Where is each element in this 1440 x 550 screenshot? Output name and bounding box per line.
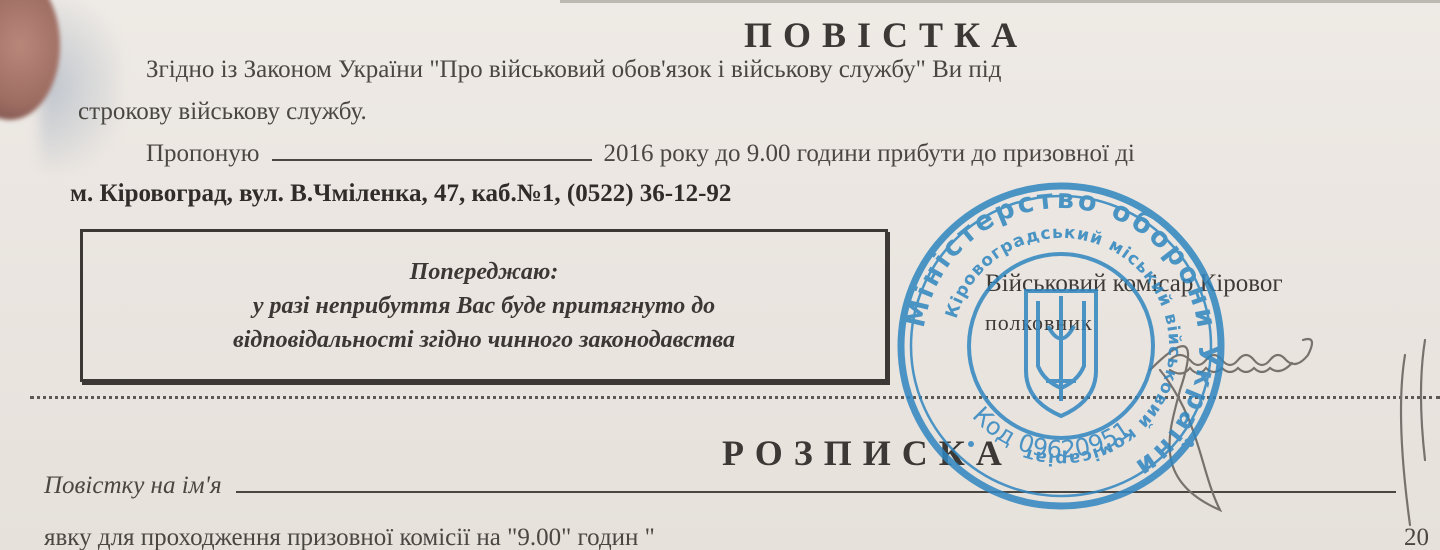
signer-rank: полковник — [985, 310, 1093, 336]
receipt-name-line: Повістку на ім'я — [44, 472, 1396, 500]
receipt-name-field[interactable] — [236, 491, 1396, 493]
proposal-label: Пропоную — [146, 140, 260, 168]
proposal-rest: 2016 року до 9.00 години прибути до приз… — [604, 140, 1135, 168]
warning-box: Попереджаю: у разі неприбуття Вас буде п… — [80, 229, 888, 382]
receipt-year-fragment: 20 — [1404, 524, 1429, 550]
date-blank-field[interactable] — [272, 159, 592, 161]
paragraph-line-1: Згідно із Законом України "Про військови… — [146, 56, 1001, 84]
paper-edge — [560, 0, 1440, 3]
document-title: ПОВІСТКА — [744, 14, 1028, 56]
warning-line-2: відповідальності згідно чинного законода… — [233, 323, 735, 357]
address-line: м. Кіровоград, вул. В.Чміленка, 47, каб.… — [70, 180, 731, 208]
warning-heading: Попереджаю: — [410, 255, 559, 289]
warning-line-1: у разі неприбуття Вас буде притягнуто до — [253, 289, 715, 323]
receipt-name-label: Повістку на ім'я — [44, 472, 222, 500]
summons-paper: ПОВІСТКА Згідно із Законом України "Про … — [0, 0, 1440, 550]
receipt-title: РОЗПИСКА — [722, 432, 1013, 474]
proposal-line: Пропоную 2016 року до 9.00 години прибут… — [146, 140, 1135, 168]
receipt-line-2: явку для проходження призовної комісії н… — [44, 524, 655, 550]
paragraph-line-2: строкову військову службу. — [78, 98, 367, 126]
signer-title: Військовий комісар Кіровог — [985, 270, 1283, 298]
tear-off-line — [30, 396, 1440, 399]
